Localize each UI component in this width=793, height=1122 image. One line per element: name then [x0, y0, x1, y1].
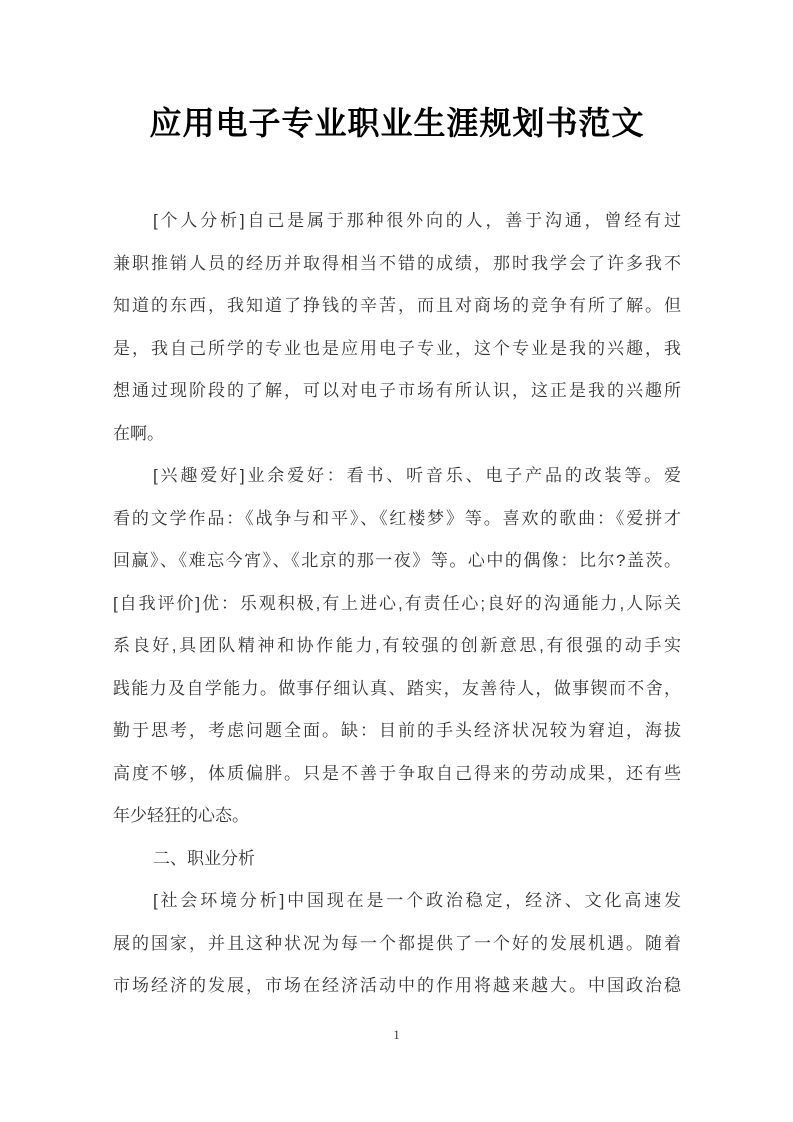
paragraph: [社会环境分析]中国现在是一个政治稳定，经济、文化高速发展的国家，并且这种状况为…	[113, 880, 681, 1008]
text-line: [社会环境分析]中国现在是一个政治稳定，经济、文化高速发	[113, 880, 681, 923]
text-line: 想通过现阶段的了解，可以对电子市场有所认识，这正是我的兴趣所	[113, 370, 681, 413]
text-line: [个人分析]自己是属于那种很外向的人，善于沟通，曾经有过	[113, 200, 681, 243]
document-page: 应用电子专业职业生涯规划书范文 [个人分析]自己是属于那种很外向的人，善于沟通，…	[0, 0, 793, 1122]
text-line: 市场经济的发展，市场在经济活动中的作用将越来越大。中国政治稳	[113, 965, 681, 1008]
text-line: 践能力及自学能力。做事仔细认真、踏实，友善待人，做事锲而不舍，	[113, 668, 681, 711]
paragraph: [兴趣爱好]业余爱好：看书、听音乐、电子产品的改装等。爱看的文学作品：《战争与和…	[113, 455, 681, 838]
document-title: 应用电子专业职业生涯规划书范文	[113, 99, 681, 147]
paragraph: 二、职业分析	[113, 838, 681, 881]
paragraph: [个人分析]自己是属于那种很外向的人，善于沟通，曾经有过兼职推销人员的经历并取得…	[113, 200, 681, 455]
text-line: 是，我自己所学的专业也是应用电子专业，这个专业是我的兴趣，我	[113, 328, 681, 371]
text-line: [兴趣爱好]业余爱好：看书、听音乐、电子产品的改装等。爱	[113, 455, 681, 498]
text-line: 二、职业分析	[113, 838, 681, 881]
text-line: 展的国家，并且这种状况为每一个都提供了一个好的发展机遇。随着	[113, 923, 681, 966]
text-line: 系良好,具团队精神和协作能力,有较强的创新意思,有很强的动手实	[113, 625, 681, 668]
text-line: 回赢》、《难忘今宵》、《北京的那一夜》等。心中的偶像：比尔?盖茨。	[113, 540, 681, 583]
text-line: 年少轻狂的心态。	[113, 795, 681, 838]
text-line: 高度不够，体质偏胖。只是不善于争取自己得来的劳动成果，还有些	[113, 753, 681, 796]
text-line: [自我评价]优：乐观积极,有上进心,有责任心;良好的沟通能力,人际关	[113, 583, 681, 626]
text-line: 勤于思考，考虑问题全面。缺：目前的手头经济状况较为窘迫，海拔	[113, 710, 681, 753]
text-line: 兼职推销人员的经历并取得相当不错的成绩，那时我学会了许多我不	[113, 243, 681, 286]
document-body: [个人分析]自己是属于那种很外向的人，善于沟通，曾经有过兼职推销人员的经历并取得…	[113, 200, 681, 1008]
text-line: 看的文学作品：《战争与和平》、《红楼梦》等。喜欢的歌曲：《爱拼才	[113, 498, 681, 541]
page-number: 1	[0, 1026, 793, 1044]
text-line: 知道的东西，我知道了挣钱的辛苦，而且对商场的竞争有所了解。但	[113, 285, 681, 328]
text-line: 在啊。	[113, 413, 681, 456]
